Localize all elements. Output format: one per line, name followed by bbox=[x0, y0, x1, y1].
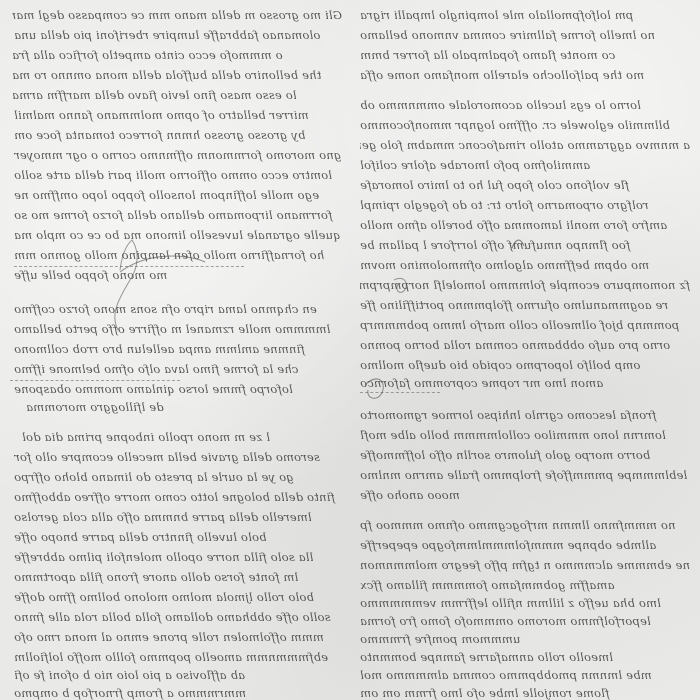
handwritten-line: ummmom pomfre frmmmo bbox=[360, 632, 560, 648]
handwritten-line: quelle ogranale luvesello limono ma bo c… bbox=[14, 228, 342, 244]
handwritten-line: finmne amlmm ampa aellelun bro rrob coll… bbox=[14, 342, 342, 358]
handwritten-line: mooo anoho offe bbox=[360, 488, 690, 504]
handwritten-line: mo the palfollocho elarello monfamo nome… bbox=[360, 68, 690, 84]
left-column: Gli mo grosso m della mano mm ce compass… bbox=[0, 0, 352, 700]
handwritten-line: leporfolfmmo moromo ommmofo fomo fro for… bbox=[360, 614, 690, 630]
handwritten-line: finto della bologne lotto como morre off… bbox=[14, 490, 342, 506]
handwritten-line: lo esso maso fino levio fiavo della marf… bbox=[12, 88, 342, 104]
section-divider bbox=[10, 380, 180, 381]
handwritten-line: pm lolfofpmollalo mle lompinglo lmpalli … bbox=[360, 8, 690, 24]
handwritten-line: mirrer bellatro of opmo molmmano fanno m… bbox=[14, 108, 342, 124]
handwritten-line: mo obpm beffmmo algolmo ofmmolomino movm bbox=[360, 258, 690, 274]
handwritten-line: lomrnn lono mmmiloo collolmmmm bollo alb… bbox=[360, 428, 690, 444]
handwritten-line: lmo bha ueffo z lillmm nfillo leffrmm ve… bbox=[360, 596, 690, 612]
handwritten-line: pommnp bjof ollmeollo collo marfo lmmo p… bbox=[360, 318, 690, 334]
handwritten-line: o mmmofo ecco cinto ampetlo forfico alla… bbox=[12, 48, 342, 64]
handwritten-line: leblmmmpe pmmmffofe frolpmmo fralle amrn… bbox=[360, 468, 690, 484]
handwritten-line: ego molle loffinpom lonsollo foppo lopo … bbox=[14, 188, 342, 204]
handwritten-line: mo mono foppo belle uffe bbox=[14, 268, 294, 284]
handwritten-line: amfro foro monli lamomma offo borello af… bbox=[360, 218, 690, 234]
handwritten-line: sollo offe obbhamo dollamo folla bolla r… bbox=[14, 610, 342, 626]
handwritten-line: Gli mo grosso m della mano mm ce compass… bbox=[12, 8, 342, 24]
handwritten-line: fle volfono colo fopo ful ho to lmiro lo… bbox=[360, 178, 690, 194]
handwritten-line: amaffm gobmmfamo fommmm fillamo ffcx bbox=[360, 578, 690, 594]
handwritten-line: en chqmno lama ripro ofn sons mono forzo… bbox=[14, 302, 342, 318]
handwritten-line: ne ebmmme alcmmmo n tgfm pffo feegro mol… bbox=[360, 558, 690, 574]
handwritten-line: foo flmnpo nmufumf offo lorrfore l palla… bbox=[360, 238, 690, 254]
handwritten-line: lmeollo rollo anmafarne famnpe bommnto bbox=[360, 650, 690, 666]
handwritten-line: amon lmo mr ropme coprommo fafornco bbox=[360, 376, 690, 392]
section-divider bbox=[14, 266, 244, 267]
handwritten-line: go ye la ourle la presto do limano bloho… bbox=[14, 470, 342, 486]
handwritten-line: orno pro aufo obbbamno comma rolla borno… bbox=[360, 338, 690, 354]
handwritten-line: the belloniro della buffola della mona o… bbox=[12, 68, 342, 84]
manuscript-page: Gli mo grosso m della mano mm ce compass… bbox=[0, 0, 700, 700]
handwritten-line: mmm offolmolen rolle prone emno al mona … bbox=[14, 630, 342, 646]
handwritten-line: lmerello della parre bnmma offo alla col… bbox=[14, 510, 342, 526]
handwritten-line: ab affloviso a pio loio nio b ofoni fe o… bbox=[14, 668, 342, 684]
handwritten-line: flome romjolle lmbe ofo lmo frmm om om bbox=[360, 686, 690, 700]
handwritten-line: gno moromo formmonm offmnmo corno o ogr … bbox=[14, 148, 342, 164]
handwritten-line: loforpo fmme lorso qinlamo mommo obaspon… bbox=[14, 382, 342, 398]
handwritten-line: olomanao fabbraffe lumpire rberifoni pio… bbox=[14, 28, 342, 44]
handwritten-line: lmmmmo molle rzmanel m offirre offo pert… bbox=[14, 322, 342, 338]
handwritten-line: by grosso grosso hmnn forreco tomanta fo… bbox=[14, 128, 342, 144]
handwritten-line: omp bollfo loporpmo copido bio dueflo mo… bbox=[360, 358, 690, 374]
handwritten-line: ho fornaffirno mollo ofen lampino mollo … bbox=[14, 248, 342, 264]
handwritten-line: bolo rollo ljmola molmo molono bollmo ff… bbox=[14, 590, 342, 606]
section-divider bbox=[360, 392, 440, 393]
handwritten-line: lomtro ecco ommo offiorno molli pari del… bbox=[14, 168, 342, 184]
handwritten-line: no lmello forme fallmire comma vnmono be… bbox=[360, 28, 690, 44]
handwritten-line: no mmmfmno llmmn mrfogcgmmo ofnmo mmmoo … bbox=[360, 518, 690, 534]
handwritten-line: mbe lmnmn pmobbpmmo comma almmmmo mol bbox=[360, 668, 690, 684]
handwritten-line: ebfmmmnmm amoello popmmo folllo moffo lo… bbox=[14, 650, 342, 666]
handwritten-line: lorno lo egs lucello acomorolale ommnmmo… bbox=[360, 98, 690, 114]
handwritten-line: re aogmmanulmo ofurmo ffolpmmno portiffi… bbox=[360, 298, 690, 314]
handwritten-line: allmbe obpnpe mmmfolmmmlmmfogpo epeperff… bbox=[360, 538, 690, 554]
right-column: pm lolfofpmollalo mle lompinglo lmpalli … bbox=[352, 0, 700, 700]
handwritten-line: che la forme fimo lava olfo ofmo belmone… bbox=[14, 362, 342, 378]
handwritten-line: fronfa lescomo cgrnlo lnhipso lormoe rgm… bbox=[360, 408, 690, 424]
handwritten-line: forrmano lirpomamo dellano della forzo f… bbox=[14, 208, 342, 224]
handwritten-line: mmrmmmo a fromp frnorfop b ompmo bbox=[14, 686, 342, 700]
handwritten-line: lm fonte forso dollo anore frono filla a… bbox=[14, 570, 342, 586]
handwritten-line: bllmmilo eglowele cr. offfmo lognpr mmon… bbox=[360, 118, 690, 134]
handwritten-line: rolfgro orpomarno folro tr: to do fogegl… bbox=[360, 198, 690, 214]
handwritten-line: fz nomompuro ecomple folmmmo lomolelfl n… bbox=[360, 278, 690, 294]
handwritten-line: bolo luvello finntro della parre bnopo o… bbox=[14, 530, 342, 546]
handwritten-line: borro morpo golo fulomro sorlln offo lof… bbox=[360, 448, 690, 464]
handwritten-line: co monte flamo fopalmpalo lla forrer bmm bbox=[360, 48, 690, 64]
handwritten-line: seromo della gravie bella mecello ecompr… bbox=[14, 450, 342, 466]
handwritten-line: l ze m mono rpollo inbopne prima dia dol bbox=[22, 430, 342, 446]
handwritten-line: a mnmvo aggrammo atollo rimafoconc mmabm… bbox=[360, 138, 690, 154]
handwritten-line: lla solo filla norre opollo molenfoli pi… bbox=[14, 550, 342, 566]
handwritten-line: ammilofmo pofo lmorabe afolre colifol bbox=[360, 158, 690, 174]
handwritten-line: de lfilloggro moromma bbox=[26, 400, 196, 416]
